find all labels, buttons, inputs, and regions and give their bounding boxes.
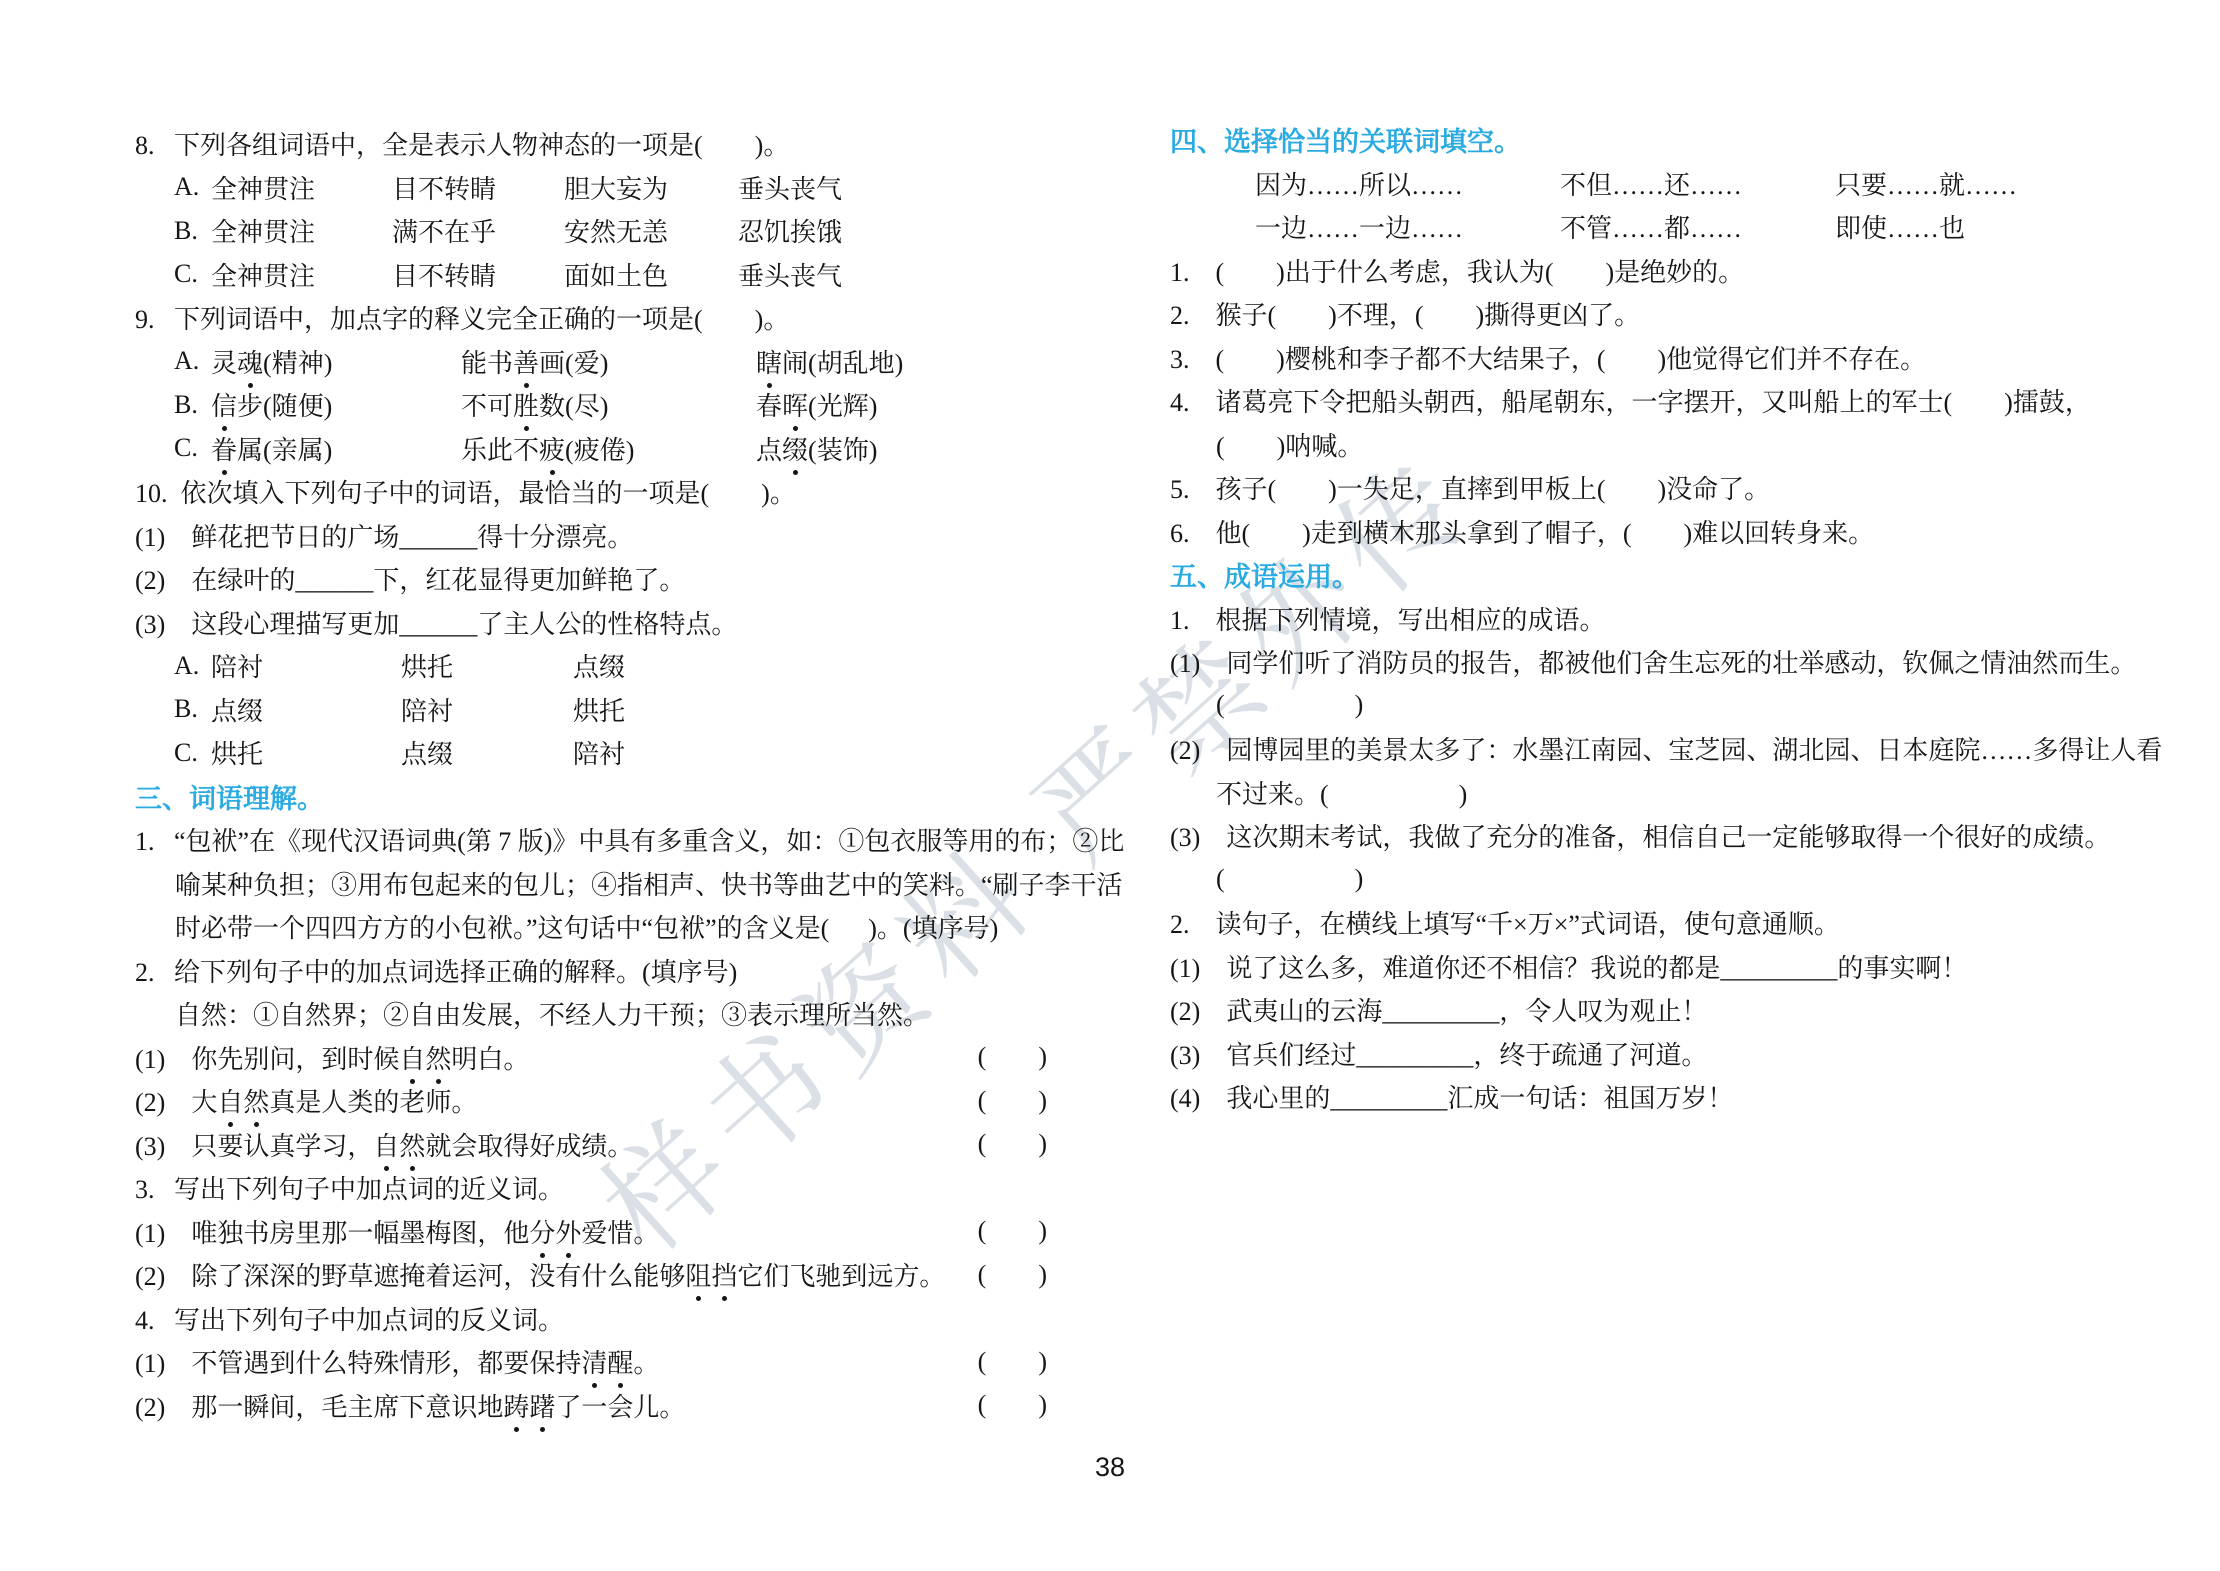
option-word: 春晖(光辉) xyxy=(756,386,877,423)
scenario-text: (3) 这次期末考试，我做了充分的准备，相信自己一定能够取得一个很好的成绩。 xyxy=(1170,817,2110,854)
sec5-q1-item-3-answer: ( ) xyxy=(1170,858,2095,902)
answer-blank: ( ) xyxy=(978,1042,1047,1072)
q8-option-a: A. 全神贯注 目不转睛 胆大妄为 垂头丧气 xyxy=(135,166,1047,210)
sec5-q2-item-2: (2) 武夷山的云海_________，令人叹为观止！ xyxy=(1170,988,2095,1032)
sec3-q1-line-3: 时必带一个四四方方的小包袱。”这句话中“包袱”的含义是( )。(填序号) xyxy=(135,905,1047,949)
sec3-q4-item-2: (2) 那一瞬间，毛主席下意识地踌躇了一会儿。( ) xyxy=(135,1384,1047,1428)
conjunction-pair: 即使……也 xyxy=(1835,208,1965,245)
section-3-title: 三、词语理解。 xyxy=(135,775,1047,819)
option-word: 陪衬 xyxy=(401,691,573,728)
sec4-item-4-continued: ( )呐喊。 xyxy=(1170,423,2095,467)
paragraph-text: 喻某种负担；③用布包起来的包儿；④指相声、快书等曲艺中的笑料。“刷子李干活 xyxy=(175,865,1123,902)
option-word: 全神贯注 xyxy=(211,256,392,293)
paragraph-text: 时必带一个四四方方的小包袱。”这句话中“包袱”的含义是( )。(填序号) xyxy=(175,908,998,945)
sec3-q3-item-1: (1) 唯独书房里那一幅墨梅图，他分外爱惜。( ) xyxy=(135,1210,1047,1254)
sec5-q1-item-1-answer: ( ) xyxy=(1170,684,2095,728)
sentence-with-blank: 4. 诸葛亮下令把船头朝西，船尾朝东，一字摆开，又叫船上的军士( )擂鼓， xyxy=(1170,382,2091,419)
scenario-text: (2) 园博园里的美景太多了：水墨江南园、宝芝园、湖北园、日本庭院……多得让人看 xyxy=(1170,730,2162,767)
q10-option-b: B. 点缀 陪衬 烘托 xyxy=(135,688,1047,732)
option-word: 点缀 xyxy=(573,647,625,684)
scenario-text: (1) 同学们听了消防员的报告，都被他们舍生忘死的壮举感动，钦佩之情油然而生。 xyxy=(1170,643,2136,680)
sec3-q4-stem: 4. 写出下列句子中加点词的反义词。 xyxy=(135,1297,1047,1341)
option-label: B. xyxy=(174,390,211,420)
sec4-item-2: 2. 猴子( )不理，( )撕得更凶了。 xyxy=(1170,292,2095,336)
option-label: B. xyxy=(174,216,211,246)
option-word: 烘托 xyxy=(401,647,573,684)
option-word: 信步(随便) xyxy=(211,386,461,423)
answer-blank: ( ) xyxy=(978,1129,1047,1159)
option-label: A. xyxy=(174,651,211,681)
conjunction-pair: 因为……所以…… xyxy=(1255,165,1560,202)
q10-item-2: (2) 在绿叶的______下，红花显得更加鲜艳了。 xyxy=(135,557,1047,601)
q10-option-a: A. 陪衬 烘托 点缀 xyxy=(135,644,1047,688)
conjunction-pair: 只要……就…… xyxy=(1835,165,2017,202)
option-word: 点缀(装饰) xyxy=(756,430,877,467)
sentence-with-blank: 5. 孩子( )一失足，直摔到甲板上( )没命了。 xyxy=(1170,469,1770,506)
sec3-q1-line-1: 1. “包袱”在《现代汉语词典(第 7 版)》中具有多重含义，如：①包衣服等用的… xyxy=(135,818,1047,862)
sentence-text: (1) 不管遇到什么特殊情形，都要保持清醒。 xyxy=(135,1343,659,1380)
option-word: 全神贯注 xyxy=(211,212,392,249)
conjunction-pair: 不管……都…… xyxy=(1560,208,1835,245)
answer-blank: ( ) xyxy=(978,1216,1047,1246)
option-word: 陪衬 xyxy=(211,647,401,684)
option-label: B. xyxy=(174,694,211,724)
sec3-q3-item-2: (2) 除了深深的野草遮掩着运河，没有什么能够阻挡它们飞驰到远方。( ) xyxy=(135,1253,1047,1297)
answer-blank: ( ) xyxy=(978,1086,1047,1116)
sec3-q2-stem: 2. 给下列句子中的加点词选择正确的解释。(填序号) xyxy=(135,949,1047,993)
sec3-q4-item-1: (1) 不管遇到什么特殊情形，都要保持清醒。( ) xyxy=(135,1340,1047,1384)
q8-option-b: B. 全神贯注 满不在乎 安然无恙 忍饥挨饿 xyxy=(135,209,1047,253)
answer-blank: 不过来。( ) xyxy=(1216,774,1467,811)
sentence-with-blank: (2) 武夷山的云海_________，令人叹为观止！ xyxy=(1170,991,1707,1028)
answer-blank: ( ) xyxy=(1216,690,1363,720)
conjunction-pair: 不但……还…… xyxy=(1560,165,1835,202)
definition-text: 自然：①自然界；②自由发展，不经人力干预；③表示理所当然。 xyxy=(175,995,929,1032)
option-word: 满不在乎 xyxy=(392,212,564,249)
sec5-q1-item-3: (3) 这次期末考试，我做了充分的准备，相信自己一定能够取得一个很好的成绩。 xyxy=(1170,814,2095,858)
sec5-q2-stem: 2. 读句子，在横线上填写“千×万×”式词语，使句意通顺。 xyxy=(1170,901,2095,945)
option-label: A. xyxy=(174,346,211,376)
question-8-text: 8. 下列各组词语中，全是表示人物神态的一项是( )。 xyxy=(135,125,789,162)
conjunction-pair: 一边……一边…… xyxy=(1255,208,1560,245)
sec3-q3-stem: 3. 写出下列句子中加点词的近义词。 xyxy=(135,1166,1047,1210)
q9-option-b: B. 信步(随便) 不可胜数(尽) 春晖(光辉) xyxy=(135,383,1047,427)
question-8-stem: 8. 下列各组词语中，全是表示人物神态的一项是( )。 xyxy=(135,122,1047,166)
option-word: 眷属(亲属) xyxy=(211,430,461,467)
sec4-item-3: 3. ( )樱桃和李子都不大结果子，( )他觉得它们并不存在。 xyxy=(1170,336,2095,380)
question-text: 2. 给下列句子中的加点词选择正确的解释。(填序号) xyxy=(135,952,737,989)
sec4-item-1: 1. ( )出于什么考虑，我认为( )是绝妙的。 xyxy=(1170,249,2095,293)
page-number: 38 xyxy=(0,1452,2220,1483)
sentence-text: (2) 除了深深的野草遮掩着运河，没有什么能够阻挡它们飞驰到远方。 xyxy=(135,1256,945,1293)
option-word: 面如土色 xyxy=(564,256,738,293)
sec5-q2-item-3: (3) 官兵们经过_________，终于疏通了河道。 xyxy=(1170,1032,2095,1076)
conjunction-bank-row-1: 因为……所以…… 不但……还…… 只要……就…… xyxy=(1170,162,2095,206)
question-text: 3. 写出下列句子中加点词的近义词。 xyxy=(135,1169,564,1206)
q10-item-3: (3) 这段心理描写更加______了主人公的性格特点。 xyxy=(135,601,1047,645)
sentence-text: (2) 大自然真是人类的老师。 xyxy=(135,1082,477,1119)
sentence-text: (1) 你先别问，到时候自然明白。 xyxy=(135,1039,529,1076)
sentence-with-blank: 3. ( )樱桃和李子都不大结果子，( )他觉得它们并不存在。 xyxy=(1170,339,1926,376)
question-text: 4. 写出下列句子中加点词的反义词。 xyxy=(135,1300,564,1337)
option-word: 点缀 xyxy=(211,691,401,728)
option-word: 目不转睛 xyxy=(392,169,564,206)
sec5-q1-item-2: (2) 园博园里的美景太多了：水墨江南园、宝芝园、湖北园、日本庭院……多得让人看 xyxy=(1170,727,2095,771)
option-label: C. xyxy=(174,259,211,289)
sec5-q1-stem: 1. 根据下列情境，写出相应的成语。 xyxy=(1170,597,2095,641)
option-word: 烘托 xyxy=(573,691,625,728)
option-word: 不可胜数(尽) xyxy=(461,386,756,423)
sentence-with-blank: 2. 猴子( )不理，( )撕得更凶了。 xyxy=(1170,295,1640,332)
answer-blank: ( ) xyxy=(978,1390,1047,1420)
conjunction-bank-row-2: 一边……一边…… 不管……都…… 即使……也 xyxy=(1170,205,2095,249)
sentence-with-blank: (3) 这段心理描写更加______了主人公的性格特点。 xyxy=(135,604,737,641)
option-word: 垂头丧气 xyxy=(738,169,842,206)
q10-item-1: (1) 鲜花把节日的广场______得十分漂亮。 xyxy=(135,514,1047,558)
sentence-with-blank: (2) 在绿叶的______下，红花显得更加鲜艳了。 xyxy=(135,560,685,597)
sentence-with-blank: (1) 鲜花把节日的广场______得十分漂亮。 xyxy=(135,517,633,554)
sentence-text: (3) 只要认真学习，自然就会取得好成绩。 xyxy=(135,1126,633,1163)
sec4-item-6: 6. 他( )走到横木那头拿到了帽子，( )难以回转身来。 xyxy=(1170,510,2095,554)
sec3-q1-line-2: 喻某种负担；③用布包起来的包儿；④指相声、快书等曲艺中的笑料。“刷子李干活 xyxy=(135,862,1047,906)
section-title-text: 四、选择恰当的关联词填空。 xyxy=(1170,120,1521,159)
option-word: 瞎闹(胡乱地) xyxy=(756,343,903,380)
option-label: C. xyxy=(174,433,211,463)
option-word: 陪衬 xyxy=(573,734,625,771)
question-text: 1. 根据下列情境，写出相应的成语。 xyxy=(1170,600,1606,637)
q8-option-c: C. 全神贯注 目不转睛 面如土色 垂头丧气 xyxy=(135,253,1047,297)
q9-option-a: A. 灵魂(精神) 能书善画(爱) 瞎闹(胡乱地) xyxy=(135,340,1047,384)
option-word: 安然无恙 xyxy=(564,212,738,249)
sec5-q1-item-1: (1) 同学们听了消防员的报告，都被他们舍生忘死的壮举感动，钦佩之情油然而生。 xyxy=(1170,640,2095,684)
sec3-q2-item-3: (3) 只要认真学习，自然就会取得好成绩。( ) xyxy=(135,1123,1047,1167)
option-word: 点缀 xyxy=(401,734,573,771)
answer-blank: ( ) xyxy=(1216,864,1363,894)
question-10-stem: 10. 依次填入下列句子中的词语，最恰当的一项是( )。 xyxy=(135,470,1047,514)
left-column: 8. 下列各组词语中，全是表示人物神态的一项是( )。 A. 全神贯注 目不转睛… xyxy=(135,122,1047,1427)
question-9-text: 9. 下列词语中，加点字的释义完全正确的一项是( )。 xyxy=(135,299,789,336)
answer-blank: ( ) xyxy=(978,1260,1047,1290)
section-4-title: 四、选择恰当的关联词填空。 xyxy=(1170,118,2095,162)
q10-option-c: C. 烘托 点缀 陪衬 xyxy=(135,731,1047,775)
sec4-item-4: 4. 诸葛亮下令把船头朝西，船尾朝东，一字摆开，又叫船上的军士( )擂鼓， xyxy=(1170,379,2095,423)
sentence-with-blank: ( )呐喊。 xyxy=(1216,426,1363,463)
sec3-q2-item-2: (2) 大自然真是人类的老师。( ) xyxy=(135,1079,1047,1123)
option-word: 乐此不疲(疲倦) xyxy=(461,430,756,467)
section-title-text: 三、词语理解。 xyxy=(135,777,324,816)
paragraph-text: 1. “包袱”在《现代汉语词典(第 7 版)》中具有多重含义，如：①包衣服等用的… xyxy=(135,821,1124,858)
option-word: 目不转睛 xyxy=(392,256,564,293)
section-title-text: 五、成语运用。 xyxy=(1170,555,1359,594)
option-word: 灵魂(精神) xyxy=(211,343,461,380)
right-column: 四、选择恰当的关联词填空。 因为……所以…… 不但……还…… 只要……就…… 一… xyxy=(1170,118,2095,1119)
sentence-with-blank: (3) 官兵们经过_________，终于疏通了河道。 xyxy=(1170,1035,1707,1072)
question-10-text: 10. 依次填入下列句子中的词语，最恰当的一项是( )。 xyxy=(135,473,796,510)
option-word: 垂头丧气 xyxy=(738,256,842,293)
sec5-q1-item-2-continued: 不过来。( ) xyxy=(1170,771,2095,815)
sentence-with-blank: (1) 说了这么多，难道你还不相信？我说的都是_________的事实啊！ xyxy=(1170,948,1967,985)
sec5-q2-item-1: (1) 说了这么多，难道你还不相信？我说的都是_________的事实啊！ xyxy=(1170,945,2095,989)
option-word: 忍饥挨饿 xyxy=(738,212,842,249)
sec3-q2-item-1: (1) 你先别问，到时候自然明白。( ) xyxy=(135,1036,1047,1080)
question-9-stem: 9. 下列词语中，加点字的释义完全正确的一项是( )。 xyxy=(135,296,1047,340)
worksheet-page: 样书资料 严禁外传 8. 下列各组词语中，全是表示人物神态的一项是( )。 A.… xyxy=(0,0,2220,1571)
section-5-title: 五、成语运用。 xyxy=(1170,553,2095,597)
answer-blank: ( ) xyxy=(978,1347,1047,1377)
sentence-text: (1) 唯独书房里那一幅墨梅图，他分外爱惜。 xyxy=(135,1213,659,1250)
option-word: 全神贯注 xyxy=(211,169,392,206)
option-label: A. xyxy=(174,172,211,202)
q9-option-c: C. 眷属(亲属) 乐此不疲(疲倦) 点缀(装饰) xyxy=(135,427,1047,471)
sec5-q2-item-4: (4) 我心里的_________汇成一句话：祖国万岁！ xyxy=(1170,1075,2095,1119)
question-text: 2. 读句子，在横线上填写“千×万×”式词语，使句意通顺。 xyxy=(1170,904,1840,941)
sentence-with-blank: (4) 我心里的_________汇成一句话：祖国万岁！ xyxy=(1170,1078,1733,1115)
option-label: C. xyxy=(174,738,211,768)
option-word: 胆大妄为 xyxy=(564,169,738,206)
sentence-with-blank: 6. 他( )走到横木那头拿到了帽子，( )难以回转身来。 xyxy=(1170,513,1874,550)
sec3-q2-definitions: 自然：①自然界；②自由发展，不经人力干预；③表示理所当然。 xyxy=(135,992,1047,1036)
option-word: 能书善画(爱) xyxy=(461,343,756,380)
option-word: 烘托 xyxy=(211,734,401,771)
sentence-text: (2) 那一瞬间，毛主席下意识地踌躇了一会儿。 xyxy=(135,1387,685,1424)
sentence-with-blank: 1. ( )出于什么考虑，我认为( )是绝妙的。 xyxy=(1170,252,1744,289)
sec4-item-5: 5. 孩子( )一失足，直摔到甲板上( )没命了。 xyxy=(1170,466,2095,510)
